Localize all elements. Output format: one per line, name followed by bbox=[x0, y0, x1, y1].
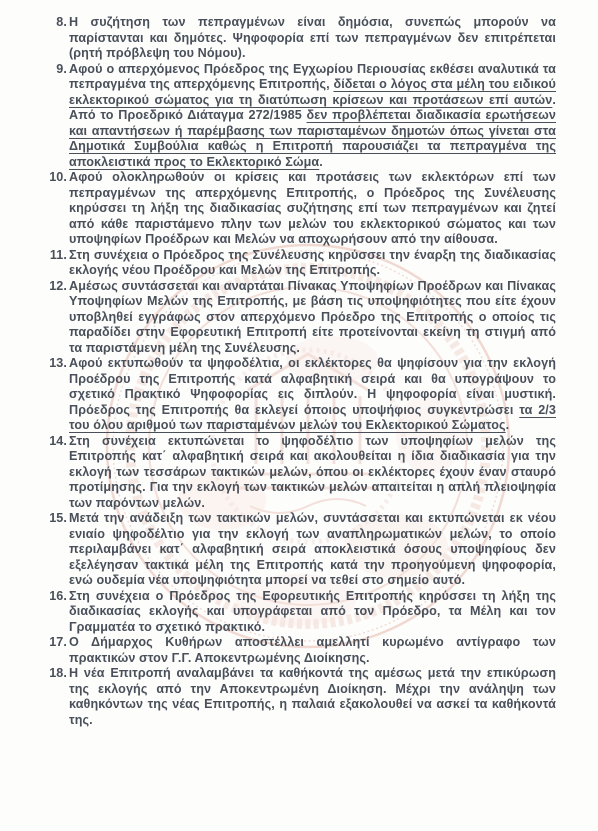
item-number: 15. bbox=[42, 511, 67, 527]
item-text: Μετά την ανάδειξη των τακτικών μελών, συ… bbox=[69, 511, 556, 587]
text-segment: Αμέσως συντάσσεται και αναρτάται Πίνακας… bbox=[69, 279, 556, 355]
list-item-14: 14.Στη συνέχεια εκτυπώνεται το ψηφοδέλτι… bbox=[42, 434, 556, 512]
list-item-9: 9.Αφού ο απερχόμενος Πρόεδρος της Εγχωρί… bbox=[42, 62, 556, 171]
text-segment: Μετά την ανάδειξη των τακτικών μελών, συ… bbox=[69, 511, 556, 587]
item-number: 12. bbox=[42, 279, 67, 295]
item-number: 9. bbox=[42, 62, 67, 78]
text-segment: Ο Δήμαρχος Κυθήρων αποστέλλει αμελλητί κ… bbox=[69, 635, 556, 665]
item-text: Αφού εκτυπωθούν τα ψηφοδέλτια, οι εκλέκτ… bbox=[69, 356, 556, 432]
text-segment: Στη συνέχεια ο Πρόεδρος της Εφορευτικής … bbox=[69, 589, 556, 634]
item-number: 18. bbox=[42, 666, 67, 682]
item-text: Στη συνέχεια ο Πρόεδρος της Εφορευτικής … bbox=[69, 589, 556, 634]
list-item-12: 12.Αμέσως συντάσσεται και αναρτάται Πίνα… bbox=[42, 279, 556, 357]
list-item-16: 16.Στη συνέχεια ο Πρόεδρος της Εφορευτικ… bbox=[42, 589, 556, 636]
text-segment: Η νέα Επιτροπή αναλαμβάνει τα καθήκοντά … bbox=[69, 666, 556, 727]
item-text: Η συζήτηση των πεπραγμένων είναι δημόσια… bbox=[69, 15, 556, 60]
text-segment: Η συζήτηση των πεπραγμένων είναι δημόσια… bbox=[69, 15, 556, 60]
item-text: Αφού ο απερχόμενος Πρόεδρος της Εγχωρίου… bbox=[69, 62, 556, 169]
numbered-list: 8.Η συζήτηση των πεπραγμένων είναι δημόσ… bbox=[0, 0, 598, 728]
item-number: 14. bbox=[42, 434, 67, 450]
text-segment: Στη συνέχεια ο Πρόεδρος της Συνέλευσης κ… bbox=[69, 248, 556, 278]
text-segment: Αφού εκτυπωθούν τα ψηφοδέλτια, οι εκλέκτ… bbox=[69, 356, 556, 417]
text-segment: Αφού ολοκληρωθούν οι κρίσεις και προτάσε… bbox=[69, 170, 556, 246]
list-item-17: 17.Ο Δήμαρχος Κυθήρων αποστέλλει αμελλητ… bbox=[42, 635, 556, 666]
item-number: 13. bbox=[42, 356, 67, 372]
item-number: 8. bbox=[42, 15, 67, 31]
text-segment: Στη συνέχεια εκτυπώνεται το ψηφοδέλτιο τ… bbox=[69, 434, 556, 510]
item-number: 10. bbox=[42, 170, 67, 186]
list-item-18: 18.Η νέα Επιτροπή αναλαμβάνει τα καθήκον… bbox=[42, 666, 556, 728]
text-segment: . bbox=[319, 155, 323, 169]
item-text: Η νέα Επιτροπή αναλαμβάνει τα καθήκοντά … bbox=[69, 666, 556, 727]
list-item-8: 8.Η συζήτηση των πεπραγμένων είναι δημόσ… bbox=[42, 15, 556, 62]
document-page: 8.Η συζήτηση των πεπραγμένων είναι δημόσ… bbox=[0, 0, 598, 831]
list-item-15: 15.Μετά την ανάδειξη των τακτικών μελών,… bbox=[42, 511, 556, 589]
item-text: Αμέσως συντάσσεται και αναρτάται Πίνακας… bbox=[69, 279, 556, 355]
list-item-13: 13.Αφού εκτυπωθούν τα ψηφοδέλτια, οι εκλ… bbox=[42, 356, 556, 434]
text-segment: . bbox=[506, 418, 510, 432]
list-item-10: 10.Αφού ολοκληρωθούν οι κρίσεις και προτ… bbox=[42, 170, 556, 248]
item-text: Αφού ολοκληρωθούν οι κρίσεις και προτάσε… bbox=[69, 170, 556, 246]
item-text: Στη συνέχεια εκτυπώνεται το ψηφοδέλτιο τ… bbox=[69, 434, 556, 510]
item-number: 11. bbox=[42, 248, 67, 264]
item-number: 16. bbox=[42, 589, 67, 605]
item-text: Ο Δήμαρχος Κυθήρων αποστέλλει αμελλητί κ… bbox=[69, 635, 556, 665]
item-number: 17. bbox=[42, 635, 67, 651]
list-item-11: 11.Στη συνέχεια ο Πρόεδρος της Συνέλευση… bbox=[42, 248, 556, 279]
item-text: Στη συνέχεια ο Πρόεδρος της Συνέλευσης κ… bbox=[69, 248, 556, 278]
